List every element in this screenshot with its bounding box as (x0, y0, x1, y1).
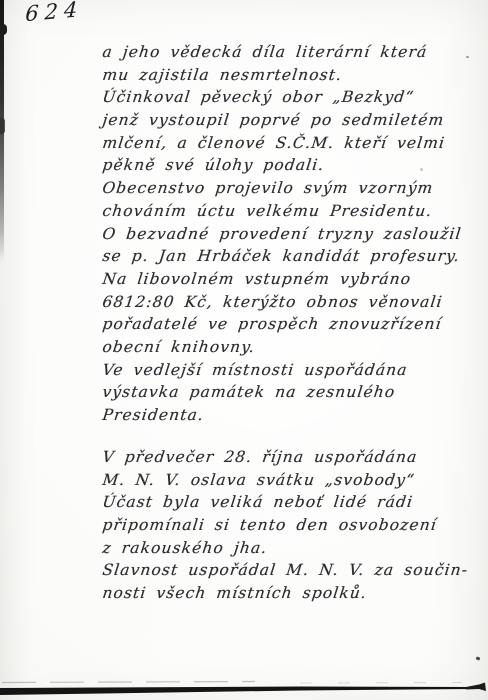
handwritten-line: Ve vedlejší místnosti uspořádána (101, 359, 463, 382)
scan-faint-rule (300, 683, 462, 684)
handwritten-line: V předvečer 28. října uspořádána (101, 446, 469, 469)
handwritten-line: a jeho vědecká díla literární která (101, 41, 463, 64)
handwritten-paragraph-2: V předvečer 28. října uspořádánaM. N. V.… (101, 446, 467, 605)
scan-speck (420, 168, 423, 171)
scan-bottom-edge-bar (0, 676, 488, 700)
scan-edge-bar-shape (0, 687, 470, 696)
handwritten-line: Slavnost uspořádal M. N. V. za součin- (101, 559, 469, 582)
handwritten-line: chováním úctu velkému Presidentu. (101, 200, 463, 223)
scanned-chronicle-page: 624 a jeho vědecká díla literární kterám… (0, 0, 488, 700)
scan-speck (476, 656, 481, 660)
handwritten-line: M. N. V. oslava svátku „svobody“ (101, 469, 469, 492)
handwritten-line: mu zajistila nesmrtelnost. (101, 64, 463, 87)
handwritten-line: výstavka památek na zesnulého (101, 381, 463, 404)
page-number: 624 (25, 0, 84, 26)
handwritten-line: se p. Jan Hrbáček kandidát profesury. (101, 245, 463, 268)
handwritten-paragraph-1: a jeho vědecká díla literární kterámu za… (101, 41, 460, 427)
handwritten-line: nosti všech místních spolků. (101, 582, 469, 605)
scan-edge-bar-hook (466, 683, 486, 692)
handwritten-line: z rakouského jha. (101, 537, 469, 560)
scan-binding-mark (0, 118, 5, 134)
handwritten-line: pořadatelé ve prospěch znovuzřízení (101, 313, 463, 336)
handwritten-line: Účinkoval pěvecký obor „Bezkyd“ (101, 86, 463, 109)
handwritten-line: obecní knihovny. (101, 336, 463, 359)
handwritten-line: Presidenta. (101, 404, 463, 427)
handwritten-line: 6812:80 Kč, kterýžto obnos věnovali (101, 291, 463, 314)
handwritten-line: Na libovolném vstupném vybráno (101, 268, 463, 291)
handwritten-line: pěkně své úlohy podali. (101, 154, 463, 177)
handwritten-line: mlčení, a členové S.Č.M. kteří velmi (101, 132, 463, 155)
handwritten-line: Účast byla veliká neboť lidé rádi (101, 491, 469, 514)
handwritten-line: připomínali si tento den osvobození (101, 514, 469, 537)
scan-speck (466, 56, 469, 58)
handwritten-line: O bezvadné provedení tryzny zasloužil (101, 223, 463, 246)
handwritten-line: Obecenstvo projevilo svým vzorným (101, 177, 463, 200)
scan-faint-rule (2, 682, 255, 683)
scan-binding-mark (0, 24, 7, 35)
handwritten-line: jenž vystoupil poprvé po sedmiletém (101, 109, 463, 132)
